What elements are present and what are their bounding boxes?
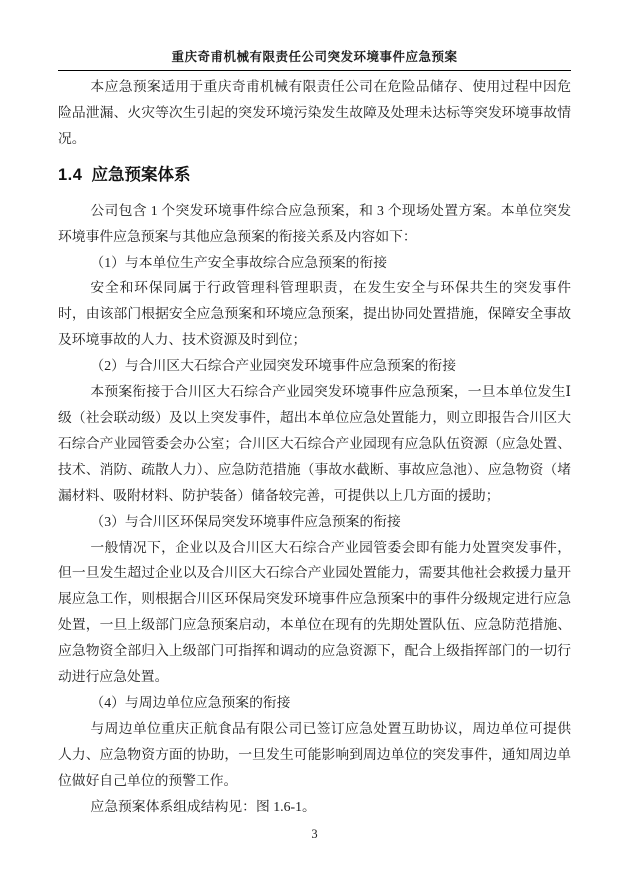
subitem-2-title: （2）与合川区大石综合产业园突发环境事件应急预案的衔接: [58, 353, 571, 379]
intro-paragraph: 本应急预案适用于重庆奇甫机械有限责任公司在危险品储存、使用过程中因危险品泄漏、火…: [58, 74, 571, 152]
header-title: 重庆奇甫机械有限责任公司突发环境事件应急预案: [171, 50, 457, 64]
subitem-2-body: 本预案衔接于合川区大石综合产业园突发环境事件应急预案，一旦本单位发生Ⅰ 级（社会…: [58, 379, 571, 509]
paragraph-overview: 公司包含 1 个突发环境事件综合应急预案，和 3 个现场处置方案。本单位突发环境…: [58, 198, 571, 250]
document-body: 本应急预案适用于重庆奇甫机械有限责任公司在危险品储存、使用过程中因危险品泄漏、火…: [58, 74, 571, 819]
section-number: 1.4: [58, 166, 82, 184]
subitem-4-body: 与周边单位重庆正航食品有限公司已签订应急处置互助协议，周边单位可提供人力、应急物…: [58, 716, 571, 794]
document-page: 重庆奇甫机械有限责任公司突发环境事件应急预案 本应急预案适用于重庆奇甫机械有限责…: [0, 0, 629, 870]
section-heading: 1.4应急预案体系: [58, 160, 571, 190]
page-header: 重庆奇甫机械有限责任公司突发环境事件应急预案: [58, 50, 571, 71]
subitem-3-body: 一般情况下，企业以及合川区大石综合产业园管委会即有能力处置突发事件，但一旦发生超…: [58, 535, 571, 690]
page-footer: 3: [0, 826, 629, 842]
page-number: 3: [311, 827, 317, 841]
subitem-1-title: （1）与本单位生产安全事故综合应急预案的衔接: [58, 250, 571, 276]
subitem-1-body: 安全和环保同属于行政管理科管理职责，在发生安全与环保共生的突发事件时，由该部门根…: [58, 275, 571, 353]
figure-reference-paragraph: 应急预案体系组成结构见：图 1.6-1。: [58, 794, 571, 820]
subitem-3-title: （3）与合川区环保局突发环境事件应急预案的衔接: [58, 509, 571, 535]
subitem-4-title: （4）与周边单位应急预案的衔接: [58, 690, 571, 716]
section-title: 应急预案体系: [91, 166, 190, 184]
